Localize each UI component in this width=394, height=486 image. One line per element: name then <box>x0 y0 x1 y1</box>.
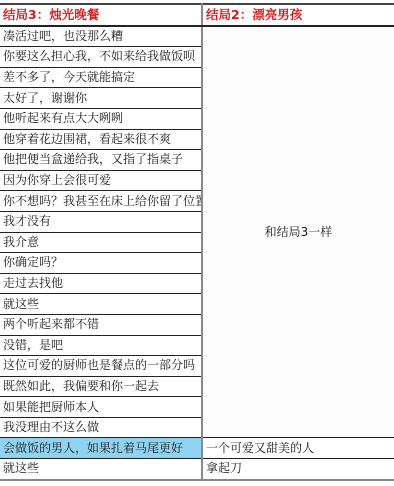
cell-left[interactable]: 我才没有 <box>0 211 202 232</box>
table-row: 凑活过吧，也没那么糟 和结局3一样 <box>0 26 394 47</box>
cell-left[interactable]: 凑活过吧，也没那么糟 <box>0 26 202 47</box>
cell-left[interactable]: 我没理由不这么做 <box>0 417 202 438</box>
cell-right[interactable]: 拿起刀 <box>202 459 394 480</box>
cell-left[interactable]: 你确定吗？ <box>0 253 202 274</box>
table-row-highlighted: 会做饭的男人，如果扎着马尾更好 一个可爱又甜美的人 <box>0 438 394 459</box>
cell-left[interactable]: 他把便当盒递给我，又指了指桌子 <box>0 150 202 171</box>
cell-left[interactable]: 你不想吗？我甚至在床上给你留了位置 <box>0 191 202 212</box>
cell-left[interactable]: 因为你穿上会很可爱 <box>0 170 202 191</box>
cell-left[interactable]: 我介意 <box>0 232 202 253</box>
cell-left[interactable]: 他穿着花边围裙，看起来很不爽 <box>0 129 202 150</box>
cell-left[interactable]: 走过去找他 <box>0 273 202 294</box>
dialogue-table: 结局3：烛光晚餐 结局2：漂亮男孩 凑活过吧，也没那么糟 和结局3一样 你要这么… <box>0 3 394 481</box>
header-ending-2[interactable]: 结局2：漂亮男孩 <box>202 4 394 26</box>
cell-merged-same-as-ending-3[interactable]: 和结局3一样 <box>202 26 394 438</box>
cell-left[interactable]: 这位可爱的厨师也是餐点的一部分吗 <box>0 356 202 377</box>
cell-left[interactable]: 你要这么担心我，不如来给我做饭呗 <box>0 47 202 68</box>
cell-left[interactable]: 就这些 <box>0 459 202 480</box>
header-row: 结局3：烛光晚餐 结局2：漂亮男孩 <box>0 4 394 26</box>
cell-left[interactable]: 两个听起来都不错 <box>0 314 202 335</box>
cell-left[interactable]: 既然如此，我偏要和你一起去 <box>0 376 202 397</box>
cell-left[interactable]: 差不多了，今天就能搞定 <box>0 67 202 88</box>
cell-left-highlighted[interactable]: 会做饭的男人，如果扎着马尾更好 <box>0 438 202 459</box>
cell-left[interactable]: 如果能把厨师本人 <box>0 397 202 418</box>
cell-left[interactable]: 就这些 <box>0 294 202 315</box>
cell-left[interactable]: 他听起来有点大大咧咧 <box>0 108 202 129</box>
cell-left[interactable]: 没错，是吧 <box>0 335 202 356</box>
header-ending-3[interactable]: 结局3：烛光晚餐 <box>0 4 202 26</box>
cell-left[interactable]: 太好了，谢谢你 <box>0 88 202 109</box>
cell-right[interactable]: 一个可爱又甜美的人 <box>202 438 394 459</box>
table-row: 就这些 拿起刀 <box>0 459 394 480</box>
